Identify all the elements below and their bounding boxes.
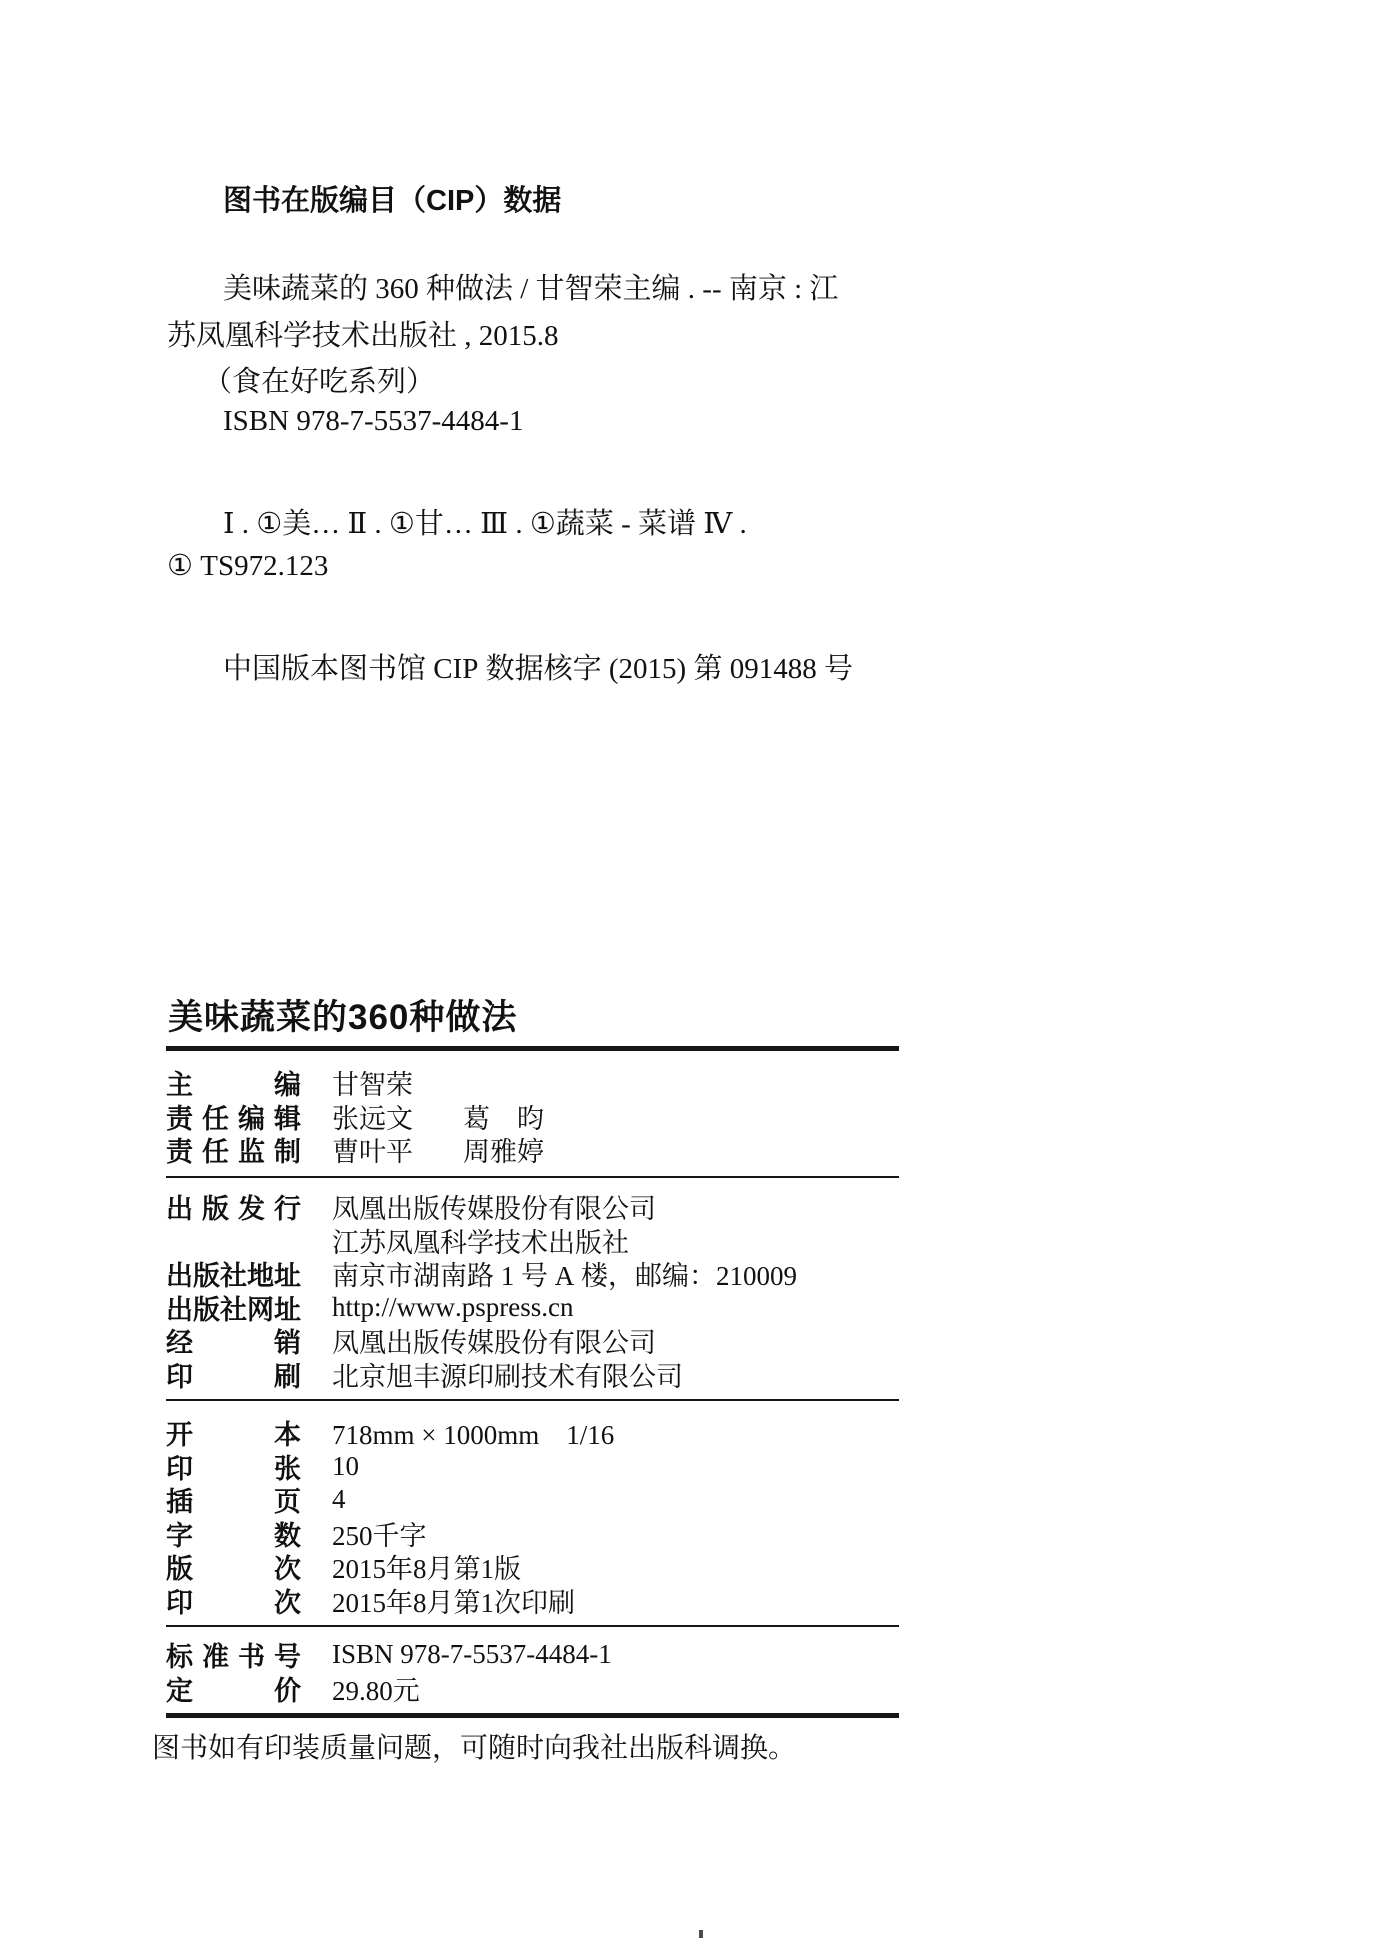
row-label: 责任监制 xyxy=(166,1130,301,1169)
publisher-group: 出版发行 凤凰出版传媒股份有限公司 江苏凤凰科学技术出版社 出版社地址 南京市湖… xyxy=(166,1190,899,1391)
row-value: 718mm × 1000mm 1/16 xyxy=(332,1413,614,1452)
info-row: 出版社地址 南京市湖南路 1 号 A 楼，邮编：210009 xyxy=(166,1257,899,1291)
row-value: 南京市湖南路 1 号 A 楼，邮编：210009 xyxy=(332,1254,797,1293)
quality-note: 图书如有印装质量问题，可随时向我社出版科调换。 xyxy=(152,1726,796,1766)
info-row: 出版发行 凤凰出版传媒股份有限公司 xyxy=(166,1190,899,1224)
info-row: 字数 250千字 xyxy=(166,1517,899,1551)
print-spec-group: 开本 718mm × 1000mm 1/16 印张 10 插页 4 字数 250… xyxy=(166,1416,899,1617)
row-value: 4 xyxy=(332,1484,346,1515)
row-value: ISBN 978-7-5537-4484-1 xyxy=(332,1639,612,1670)
row-value: 2015年8月第1次印刷 xyxy=(332,1581,575,1620)
info-row: 责任监制 曹叶平 周雅婷 xyxy=(166,1133,899,1167)
cip-isbn-line: ISBN 978-7-5537-4484-1 xyxy=(223,405,523,438)
info-row: 经销 凤凰出版传媒股份有限公司 xyxy=(166,1324,899,1358)
row-value: http://www.pspress.cn xyxy=(332,1292,573,1323)
info-row: 印刷 北京旭丰源印刷技术有限公司 xyxy=(166,1358,899,1392)
info-row: 标准书号 ISBN 978-7-5537-4484-1 xyxy=(166,1638,899,1672)
divider-thin-3 xyxy=(166,1625,899,1627)
row-value: 曹叶平 xyxy=(332,1130,463,1169)
row-value: 29.80元 xyxy=(332,1669,420,1708)
info-row: 开本 718mm × 1000mm 1/16 xyxy=(166,1416,899,1450)
row-value: 北京旭丰源印刷技术有限公司 xyxy=(332,1355,683,1394)
info-row: 江苏凤凰科学技术出版社 xyxy=(166,1224,899,1258)
divider-thick-bottom xyxy=(166,1713,899,1718)
divider-thin-2 xyxy=(166,1399,899,1401)
page-edge-artifact xyxy=(699,1930,703,1938)
cip-series-line: （食在好吃系列） xyxy=(203,359,435,400)
book-title: 美味蔬菜的360种做法 xyxy=(168,990,517,1040)
cip-heading: 图书在版编目（CIP）数据 xyxy=(223,178,561,219)
divider-thick-top xyxy=(166,1046,899,1051)
staff-group: 主编 甘智荣 责任编辑 张远文 葛 昀 责任监制 曹叶平 周雅婷 xyxy=(166,1066,899,1167)
cip-classification-line2: ① TS972.123 xyxy=(167,548,328,583)
colophon-page: 图书在版编目（CIP）数据 美味蔬菜的 360 种做法 / 甘智荣主编 . --… xyxy=(0,0,1386,1938)
row-label: 出版发行 xyxy=(166,1187,301,1226)
info-row: 责任编辑 张远文 葛 昀 xyxy=(166,1100,899,1134)
info-row: 定价 29.80元 xyxy=(166,1672,899,1706)
cip-classification-line1: Ⅰ . ①美… Ⅱ . ①甘… Ⅲ . ①蔬菜 - 菜谱 Ⅳ . xyxy=(223,501,747,542)
row-value-2: 周雅婷 xyxy=(463,1130,544,1169)
info-row: 插页 4 xyxy=(166,1483,899,1517)
info-row: 主编 甘智荣 xyxy=(166,1066,899,1100)
row-value: 10 xyxy=(332,1451,359,1482)
row-label: 定价 xyxy=(166,1669,301,1708)
isbn-price-group: 标准书号 ISBN 978-7-5537-4484-1 定价 29.80元 xyxy=(166,1638,899,1705)
info-row: 版次 2015年8月第1版 xyxy=(166,1550,899,1584)
divider-thin-1 xyxy=(166,1176,899,1178)
info-row: 出版社网址 http://www.pspress.cn xyxy=(166,1291,899,1325)
cip-title-statement-line1: 美味蔬菜的 360 种做法 / 甘智荣主编 . -- 南京 : 江 xyxy=(223,266,838,307)
row-label: 印次 xyxy=(166,1581,301,1620)
row-label: 印刷 xyxy=(166,1355,301,1394)
info-row: 印次 2015年8月第1次印刷 xyxy=(166,1584,899,1618)
cip-title-statement-line2: 苏凤凰科学技术出版社 , 2015.8 xyxy=(167,313,559,354)
info-row: 印张 10 xyxy=(166,1450,899,1484)
cip-registry-line: 中国版本图书馆 CIP 数据核字 (2015) 第 091488 号 xyxy=(223,646,853,687)
